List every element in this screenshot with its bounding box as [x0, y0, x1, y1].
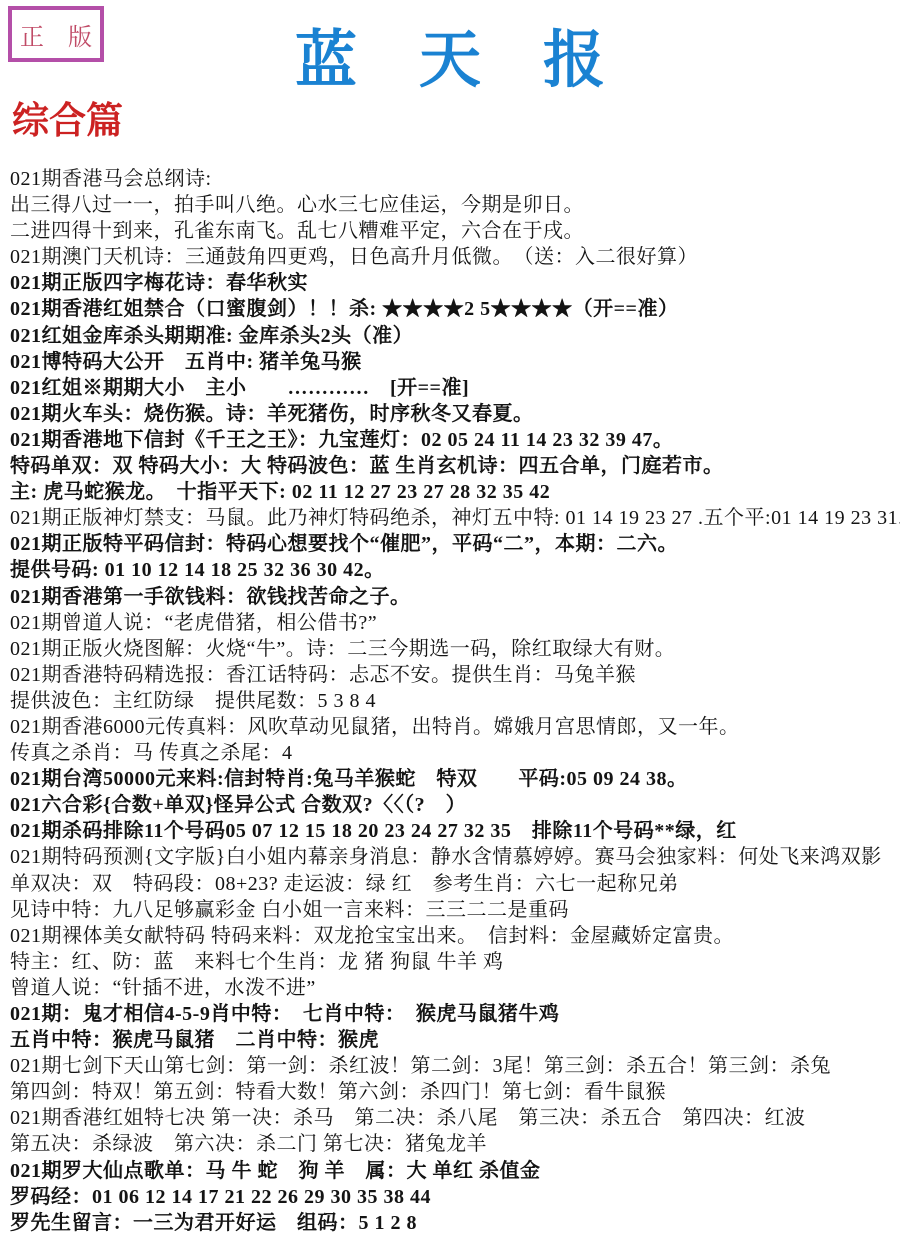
report-line: 见诗中特：九八足够赢彩金 白小姐一言来料：三三二二是重码: [10, 897, 898, 923]
report-line: 021期香港特码精选报：香江话特码：忐忑不安。提供生肖：马兔羊猴: [10, 662, 898, 688]
report-line: 二进四得十到来，孔雀东南飞。乱七八糟难平定，六合在于戌。: [10, 218, 898, 244]
report-line: 021期香港6000元传真料：风吹草动见鼠猪，出特肖。嫦娥月宫思情郎，又一年。: [10, 714, 898, 740]
report-line: 021期香港红姐特七决 第一决：杀马 第二决：杀八尾 第三决：杀五合 第四决：红…: [10, 1105, 898, 1131]
report-line: 特码单双：双 特码大小：大 特码波色：蓝 生肖玄机诗：四五合单，门庭若市。: [10, 453, 898, 479]
report-line: 曾道人说：“针插不进，水泼不进”: [10, 975, 898, 1001]
report-line: 021期正版火烧图解：火烧“牛”。诗：二三今期选一码，除红取绿大有财。: [10, 636, 898, 662]
report-body: 021期香港马会总纲诗: 出三得八过一一，拍手叫八绝。心水三七应佳运，今期是卯日…: [10, 166, 898, 1236]
report-line: 021期正版神灯禁支：马鼠。此乃神灯特码绝杀，神灯五中特: 01 14 19 2…: [10, 505, 898, 531]
report-line: 021期裸体美女献特码 特码来料：双龙抢宝宝出来。 信封料：金屋藏娇定富贵。: [10, 923, 898, 949]
report-line: 单双决：双 特码段：08+23? 走运波：绿 红 参考生肖：六七一起称兄弟: [10, 871, 898, 897]
report-line: 021期香港马会总纲诗:: [10, 166, 898, 192]
report-line: 罗码经：01 06 12 14 17 21 22 26 29 30 35 38 …: [10, 1184, 898, 1210]
report-line: 罗先生留言：一三为君开好运 组码：5 1 2 8: [10, 1210, 898, 1236]
report-line: 第四剑：特双！第五剑：特看大数！第六剑：杀四门！第七剑：看牛鼠猴: [10, 1079, 898, 1105]
report-line: 021期：鬼才相信4-5-9肖中特： 七肖中特： 猴虎马鼠猪牛鸡: [10, 1001, 898, 1027]
report-page: 正 版 蓝 天 报 综合篇 021期香港马会总纲诗: 出三得八过一一，拍手叫八绝…: [0, 0, 900, 1243]
report-line: 特主：红、防：蓝 来料七个生肖：龙 猪 狗鼠 牛羊 鸡: [10, 949, 898, 975]
report-line: 021期七剑下天山第七剑：第一剑：杀红波！第二剑：3尾！第三剑：杀五合！第三剑：…: [10, 1053, 898, 1079]
report-line: 021红姐※期期大小 主小 ………… [开==准]: [10, 375, 898, 401]
report-line: 021期特码预测{文字版}白小姐内幕亲身消息：静水含情慕婷婷。赛马会独家料：何处…: [10, 844, 898, 870]
page-title: 蓝 天 报: [0, 10, 900, 99]
report-line: 021博特码大公开 五肖中: 猪羊兔马猴: [10, 349, 898, 375]
report-line: 021期正版四字梅花诗：春华秋实: [10, 270, 898, 296]
report-line: 第五决：杀绿波 第六决：杀二门 第七决：猪兔龙羊: [10, 1131, 898, 1157]
report-line: 021期罗大仙点歌单：马 牛 蛇 狗 羊 属：大 单红 杀值金: [10, 1158, 898, 1184]
report-line: 传真之杀肖：马 传真之杀尾：4: [10, 740, 898, 766]
report-line: 提供波色：主红防绿 提供尾数：5 3 8 4: [10, 688, 898, 714]
report-line: 021期曾道人说：“老虎借猪，相公借书?”: [10, 610, 898, 636]
report-line: 021期澳门天机诗：三通鼓角四更鸡，日色高升月低微。 （送：入二很好算）: [10, 244, 898, 270]
report-line: 提供号码: 01 10 12 14 18 25 32 36 30 42。: [10, 557, 898, 583]
report-line: 021六合彩{合数+单双}怪异公式 合数双?〈〈（? ）: [10, 792, 898, 818]
report-line: 五肖中特：猴虎马鼠猪 二肖中特：猴虎: [10, 1027, 898, 1053]
report-line: 021期杀码排除11个号码05 07 12 15 18 20 23 24 27 …: [10, 818, 898, 844]
report-line: 出三得八过一一，拍手叫八绝。心水三七应佳运，今期是卯日。: [10, 192, 898, 218]
report-line: 021期香港地下信封《千王之王》：九宝莲灯：02 05 24 11 14 23 …: [10, 427, 898, 453]
report-line: 主: 虎马蛇猴龙。 十指平天下: 02 11 12 27 23 27 28 32…: [10, 479, 898, 505]
report-line: 021期台湾50000元来料:信封特肖:兔马羊猴蛇 特双 平码:05 09 24…: [10, 766, 898, 792]
report-line: 021红姐金库杀头期期准: 金库杀头2头（准）: [10, 323, 898, 349]
report-line: 021期正版特平码信封：特码心想要找个“催肥”，平码“二”，本期：二六。: [10, 531, 898, 557]
report-line: 021期火车头：烧伤猴。诗：羊死猪伤，时序秋冬又春夏。: [10, 401, 898, 427]
report-line: 021期香港红姐禁合（口蜜腹剑）！！杀: ★★★★2 5★★★★（开==准）: [10, 296, 898, 322]
report-line: 021期香港第一手欲钱料：欲钱找苦命之子。: [10, 584, 898, 610]
section-title: 综合篇: [12, 90, 123, 144]
